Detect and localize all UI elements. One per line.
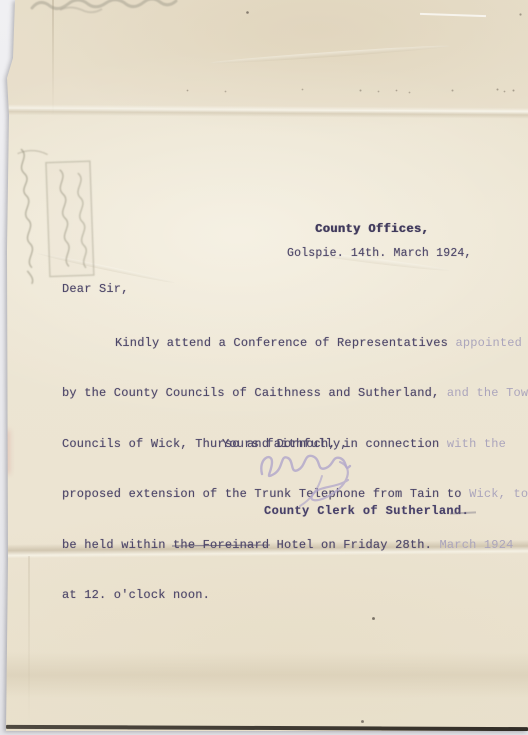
faded-text: with the xyxy=(447,437,506,451)
fold-crease-top xyxy=(0,104,528,119)
letter-paper: County Offices, Golspie. 14th. March 192… xyxy=(0,0,528,735)
white-scratch-mark xyxy=(420,13,486,17)
faded-text: Wick, to xyxy=(469,487,528,501)
faded-text: March 1924 xyxy=(439,538,513,552)
fold-shadow-band xyxy=(0,652,528,698)
paper-specks xyxy=(0,0,1,1)
paper-bottom-edge-shadow xyxy=(6,725,528,731)
signoff-line: County Clerk of Sutherland. xyxy=(264,504,469,518)
faded-text: and the Town xyxy=(447,386,528,400)
struck-text: the Foreinard xyxy=(173,538,269,552)
top-edge-pencil-scribble-icon xyxy=(30,0,180,14)
vertical-crease-bottom xyxy=(28,556,30,728)
signature-scribble-icon xyxy=(248,446,378,510)
wrinkle-line xyxy=(210,44,450,66)
salutation: Dear Sir, xyxy=(62,282,129,296)
date-line: Golspie. 14th. March 1924, xyxy=(287,247,472,260)
faded-text: appointed xyxy=(455,336,522,350)
office-heading: County Offices, xyxy=(315,222,429,236)
body-line: Kindly attend a Conference of Representa… xyxy=(62,332,528,354)
paper-shadow-wrap: County Offices, Golspie. 14th. March 192… xyxy=(0,0,528,735)
vertical-crease-top xyxy=(52,0,54,116)
margin-bleedthrough-handwriting-icon xyxy=(7,138,125,306)
paper-top-tint xyxy=(0,0,528,110)
body-line: by the County Councils of Caithness and … xyxy=(62,382,528,404)
body-line: at 12. o'clock noon. xyxy=(62,584,528,606)
scanned-letter-page: County Offices, Golspie. 14th. March 192… xyxy=(0,0,528,735)
body-line: be held within the Foreinard Hotel on Fr… xyxy=(62,534,528,556)
pink-edge-smudge xyxy=(0,430,10,474)
